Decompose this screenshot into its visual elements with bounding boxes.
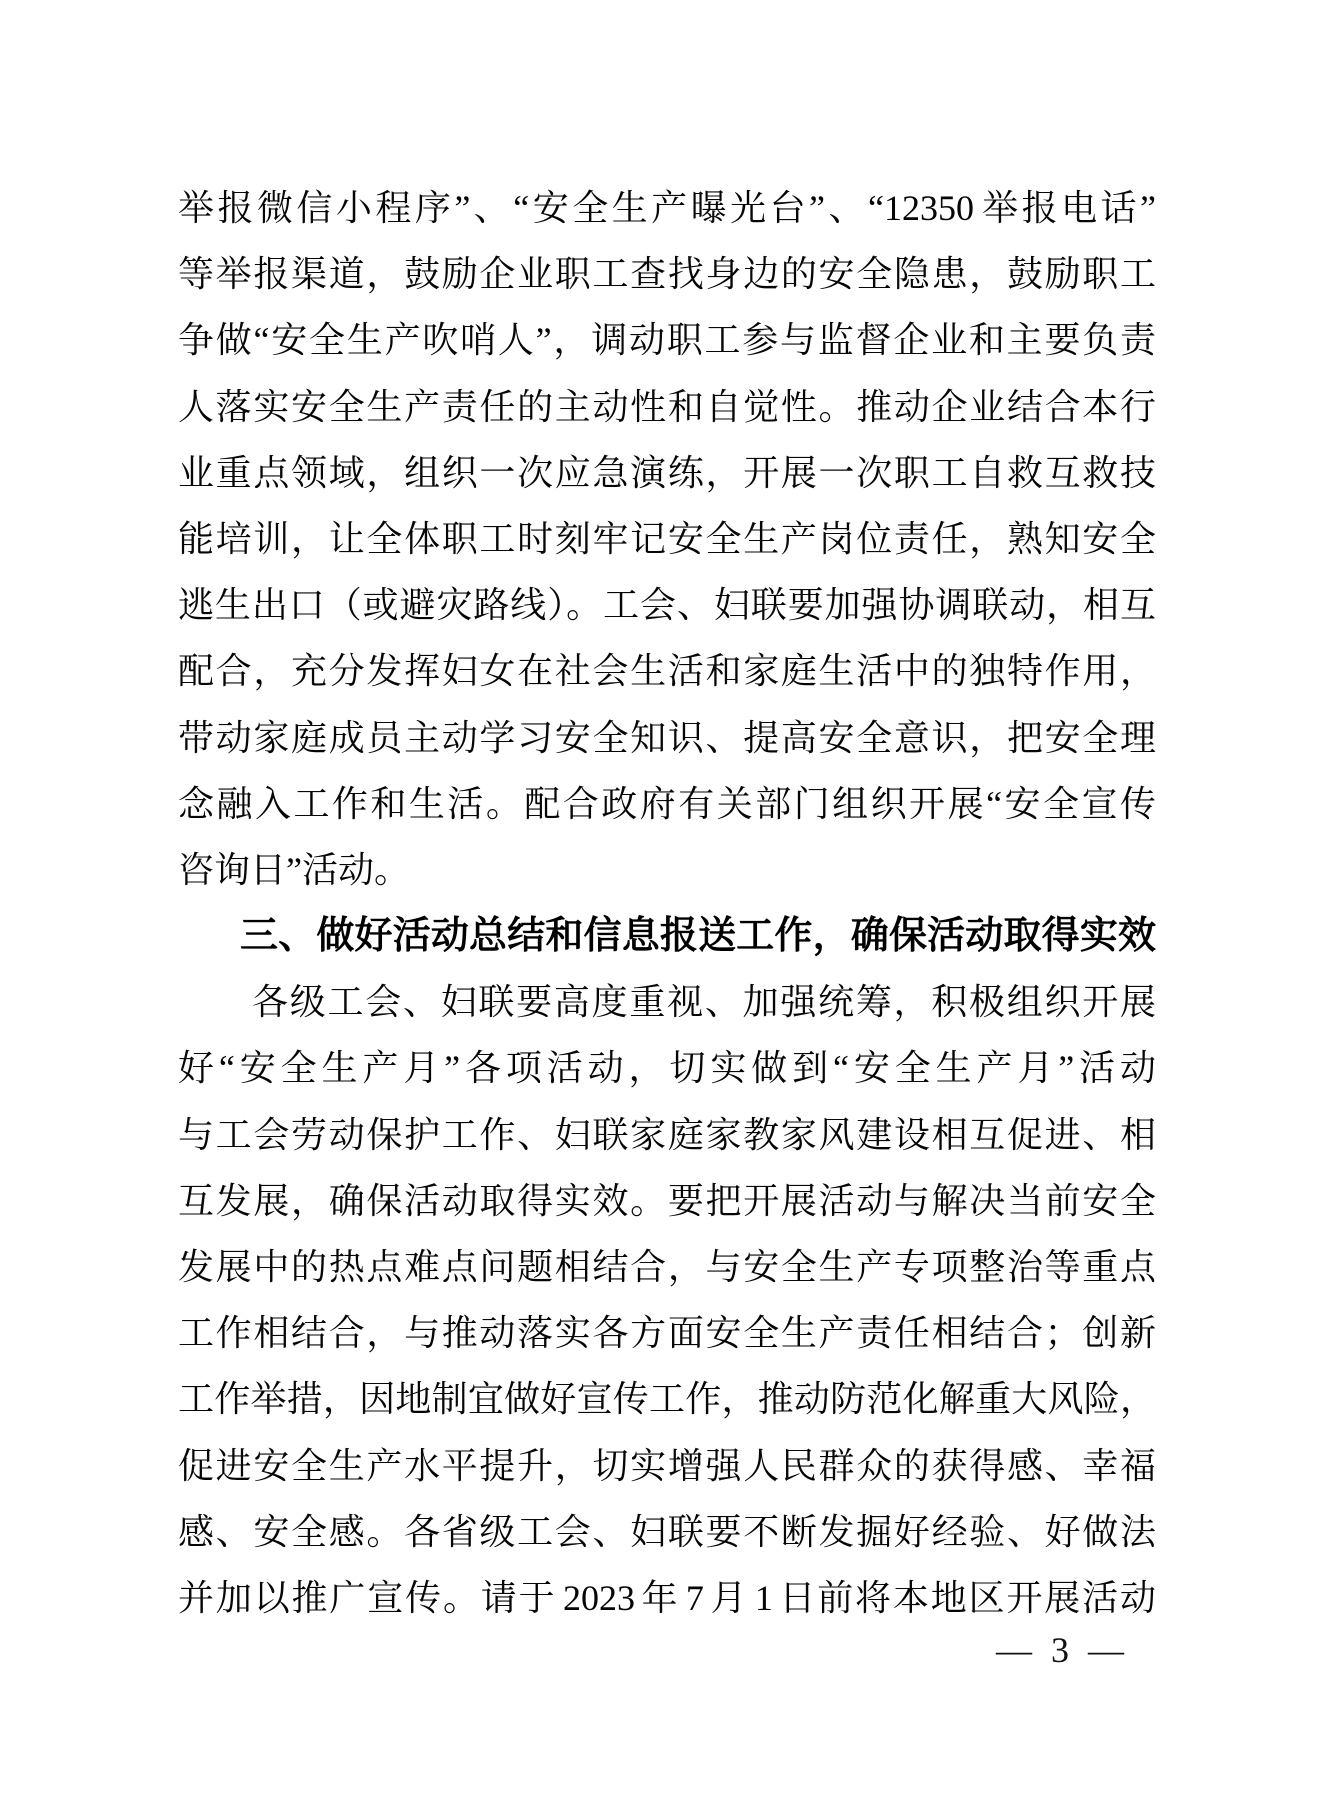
text-line: 等举报渠道，鼓励企业职工查找身边的安全隐患，鼓励职工: [178, 241, 1156, 307]
document-page: 举报微信小程序”、“安全生产曝光台”、“12350 举报电话” 等举报渠道，鼓励…: [0, 0, 1331, 1817]
text-line: 工作相结合，与推动落实各方面安全生产责任相结合；创新: [178, 1300, 1156, 1366]
text-line: 能培训，让全体职工时刻牢记安全生产岗位责任，熟知安全: [178, 506, 1156, 572]
text-line: 工作举措，因地制宜做好宣传工作，推动防范化解重大风险，: [178, 1366, 1156, 1432]
text-line: 并加以推广宣传。请于 2023 年 7 月 1 日前将本地区开展活动: [178, 1565, 1156, 1631]
text-line: 人落实安全生产责任的主动性和自觉性。推动企业结合本行: [178, 374, 1156, 440]
page-number: — 3 —: [178, 1630, 1156, 1670]
text-line: 业重点领域，组织一次应急演练，开展一次职工自救互救技: [178, 440, 1156, 506]
text-line-paragraph-end: 咨询日”活动。: [178, 837, 1156, 903]
text-line: 感、安全感。各省级工会、妇联要不断发掘好经验、好做法: [178, 1499, 1156, 1565]
text-line: 逃生出口（或避灾路线）。工会、妇联要加强协调联动，相互: [178, 572, 1156, 638]
text-line: 争做“安全生产吹哨人”，调动职工参与监督企业和主要负责: [178, 307, 1156, 373]
text-line-paragraph-start: 各级工会、妇联要高度重视、加强统筹，积极组织开展: [178, 969, 1156, 1035]
document-body: 举报微信小程序”、“安全生产曝光台”、“12350 举报电话” 等举报渠道，鼓励…: [178, 175, 1156, 1631]
text-line: 配合，充分发挥妇女在社会生活和家庭生活中的独特作用，: [178, 638, 1156, 704]
text-line: 促进安全生产水平提升，切实增强人民群众的获得感、幸福: [178, 1433, 1156, 1499]
section-heading: 三、做好活动总结和信息报送工作，确保活动取得实效: [178, 903, 1156, 969]
text-line: 互发展，确保活动取得实效。要把开展活动与解决当前安全: [178, 1168, 1156, 1234]
text-line: 与工会劳动保护工作、妇联家庭家教家风建设相互促进、相: [178, 1102, 1156, 1168]
text-line: 念融入工作和生活。配合政府有关部门组织开展“安全宣传: [178, 771, 1156, 837]
text-line: 发展中的热点难点问题相结合，与安全生产专项整治等重点: [178, 1234, 1156, 1300]
text-line: 举报微信小程序”、“安全生产曝光台”、“12350 举报电话”: [178, 175, 1156, 241]
text-line: 好“安全生产月”各项活动，切实做到“安全生产月”活动: [178, 1035, 1156, 1101]
text-line: 带动家庭成员主动学习安全知识、提高安全意识，把安全理: [178, 705, 1156, 771]
